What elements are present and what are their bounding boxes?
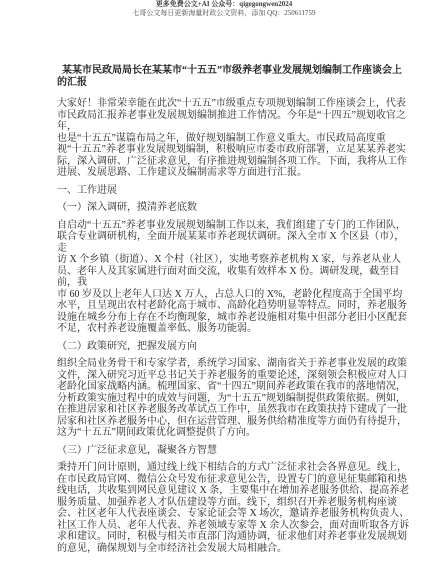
section-heading: （三）广泛征求意见，凝聚各方智慧	[57, 445, 410, 457]
paragraph: 大家好！非常荣幸能在此次“十五五”市级重点专项规划编制工作座谈会上，代表市民政局…	[57, 98, 410, 179]
section-heading: 一、工作进展	[57, 185, 410, 197]
document-page: 某某市民政局局长在某某市“十五五”市级养老事业发展规划编制工作座谈会上的汇报 大…	[0, 17, 448, 554]
section-heading: （一）深入调研，摸清养老底数	[57, 202, 410, 214]
paragraph: 组织全局业务骨干和专家学者，系统学习国家、湖南省关于养老事业发展的政策文件，深入…	[57, 358, 410, 439]
section-heading: （二）政策研究，把握发展方向	[57, 341, 410, 353]
watermark-header: 更多免费公文+AI 公众号：qigegongwen2024 七哥公文每日更新海量…	[0, 0, 448, 17]
paragraph: 秉持开门问计原则，通过线上线下相结合的方式广泛征求社会各界意见。线上，在市民政局…	[57, 462, 410, 554]
watermark-contact-line: 七哥公文每日更新海量时政公文资料，添加 QQ：250611759	[0, 9, 448, 17]
paragraph: 自启动“十五五”养老事业发展规划编制工作以来，我们组建了专门的工作团队，联合专业…	[57, 220, 410, 335]
document-body: 大家好！非常荣幸能在此次“十五五”市级重点专项规划编制工作座谈会上，代表市民政局…	[57, 98, 410, 554]
document-title: 某某市民政局局长在某某市“十五五”市级养老事业发展规划编制工作座谈会上的汇报	[57, 65, 410, 89]
watermark-promo-line: 更多免费公文+AI 公众号：qigegongwen2024	[0, 1, 448, 8]
